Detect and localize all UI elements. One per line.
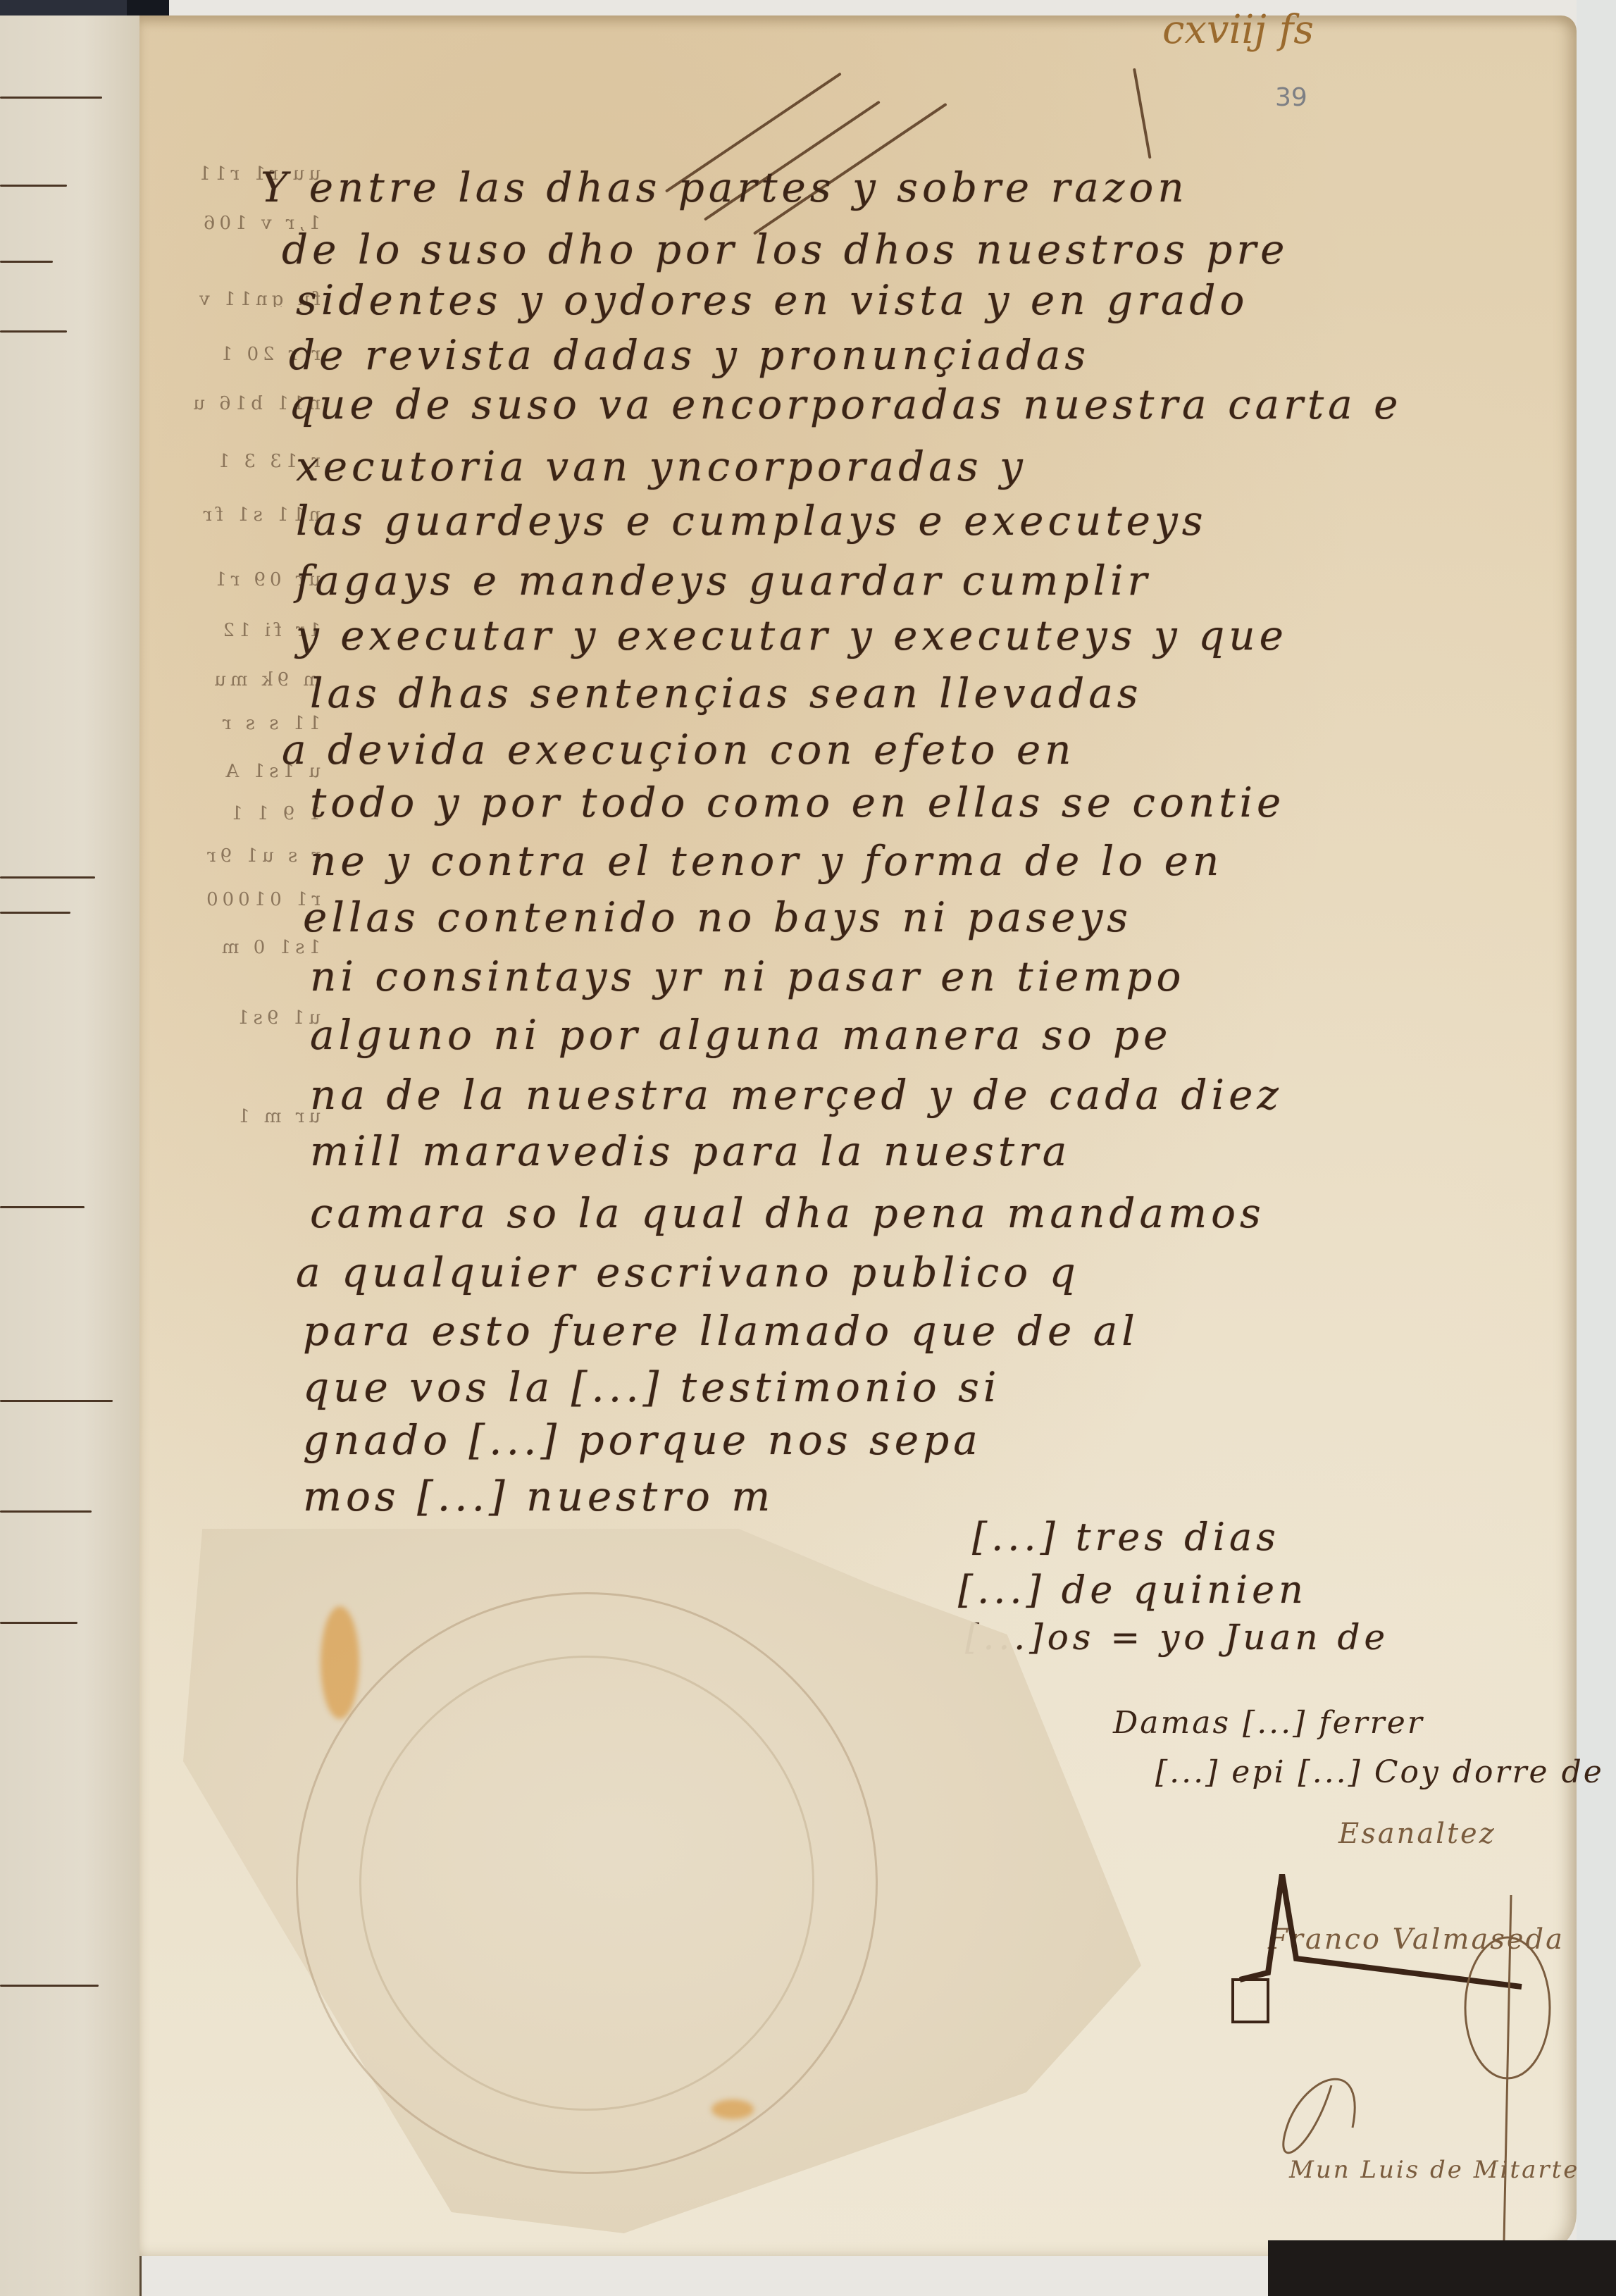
text-line: que de suso va encorporadas nuestra cart… [289,380,1403,428]
text-line: mill maravedis para la nuestra [310,1127,1071,1175]
text-line: na de la nuestra merçed y de cada diez [310,1071,1283,1119]
bleed-line: 1r fi 12 [151,620,321,638]
secretary-note: [...] epi [...] Coy dorre de [1155,1754,1604,1790]
text-line: todo y por todo como en ellas se contie [310,778,1285,826]
left-page-rule [0,261,53,263]
left-page-rule [0,1400,113,1402]
text-line: Y entre las dhas partes y sobre razon [261,163,1188,211]
left-page-rule [0,1510,92,1513]
bleed-line: r 13 3 1 [151,451,321,469]
bleed-line: r1 01000 [151,889,321,907]
text-line: las guardeys e cumplays e executeys [296,497,1207,545]
text-line: fagays e mandeys guardar cumplir [296,557,1151,604]
rust-stain [321,1606,359,1719]
left-page-rule [0,876,95,879]
pencil-folio-number: 39 [1275,83,1307,112]
text-line: ni consintays yr ni pasar en tiempo [310,952,1185,1000]
left-page-rule [0,1206,85,1208]
text-line: de revista dadas y pronunçiadas [289,331,1090,379]
left-page-rule [0,330,67,333]
scan-background [1577,0,1616,2296]
text-line: y executar y executar y executeys y que [296,612,1288,659]
text-line: que vos la [...] testimonio si [303,1363,1000,1411]
left-page-rule [0,912,70,914]
text-line: [...] tres dias [972,1515,1280,1559]
text-line: a devida execuçion con efeto en [282,726,1076,774]
bleed-line: u1 9s1 [151,1007,321,1026]
embossed-seal-inner-ring [359,1656,814,2111]
text-line: sidentes y oydores en vista y en grado [296,276,1248,324]
bleed-line: fu gn11 v [151,289,321,307]
signature-esanaltez: Esanaltez [1338,1818,1496,1850]
text-line: las dhas sentençias sean llevadas [310,669,1143,717]
left-page-rule [0,97,102,99]
bleed-line: 1s1 0 m [151,937,321,955]
text-line: mos [...] nuestro m [303,1472,774,1520]
bleed-line: r s u1 9r [151,845,321,864]
left-page-rule [0,1985,99,1987]
text-line: gnado [...] porque nos sepa [303,1416,982,1464]
rust-stain [711,2099,754,2119]
left-page-rule [0,185,67,187]
bleed-line: ur m 1 [151,1106,321,1124]
bleed-line: 1 9 1 1 [151,803,321,821]
text-line: camara so la qual dha pena mandamos [310,1189,1265,1237]
bleed-line: m 9k mu [151,669,321,688]
text-line: [...] de quinien [958,1568,1307,1612]
left-facing-page [0,15,142,2296]
text-line: xecutoria van yncorporadas y [296,442,1027,490]
text-line: de lo suso dho por los dhos nuestros pre [282,225,1288,273]
left-page-rule [0,1622,77,1624]
text-line: para esto fuere llamado que de al [303,1307,1139,1355]
text-line: ellas contenido no bays ni paseys [303,893,1132,941]
bleed-line: ur 09 r1 [151,569,321,588]
text-line: alguno ni por alguna manera so pe [310,1011,1171,1059]
folio-annotation: cxviij fs [1162,7,1314,53]
bleed-line: n11 s1 fr [151,504,321,523]
text-line: a qualquier escrivano publico q [296,1248,1080,1296]
secretary-note: Damas [...] ferrer [1113,1705,1424,1741]
text-line: [...]os = yo Juan de [965,1617,1389,1658]
scan-bottom-shadow [1268,2240,1616,2296]
text-line: ne y contra el tenor y forma de lo en [310,837,1223,885]
notarial-rubric-icon [1226,1874,1564,2269]
